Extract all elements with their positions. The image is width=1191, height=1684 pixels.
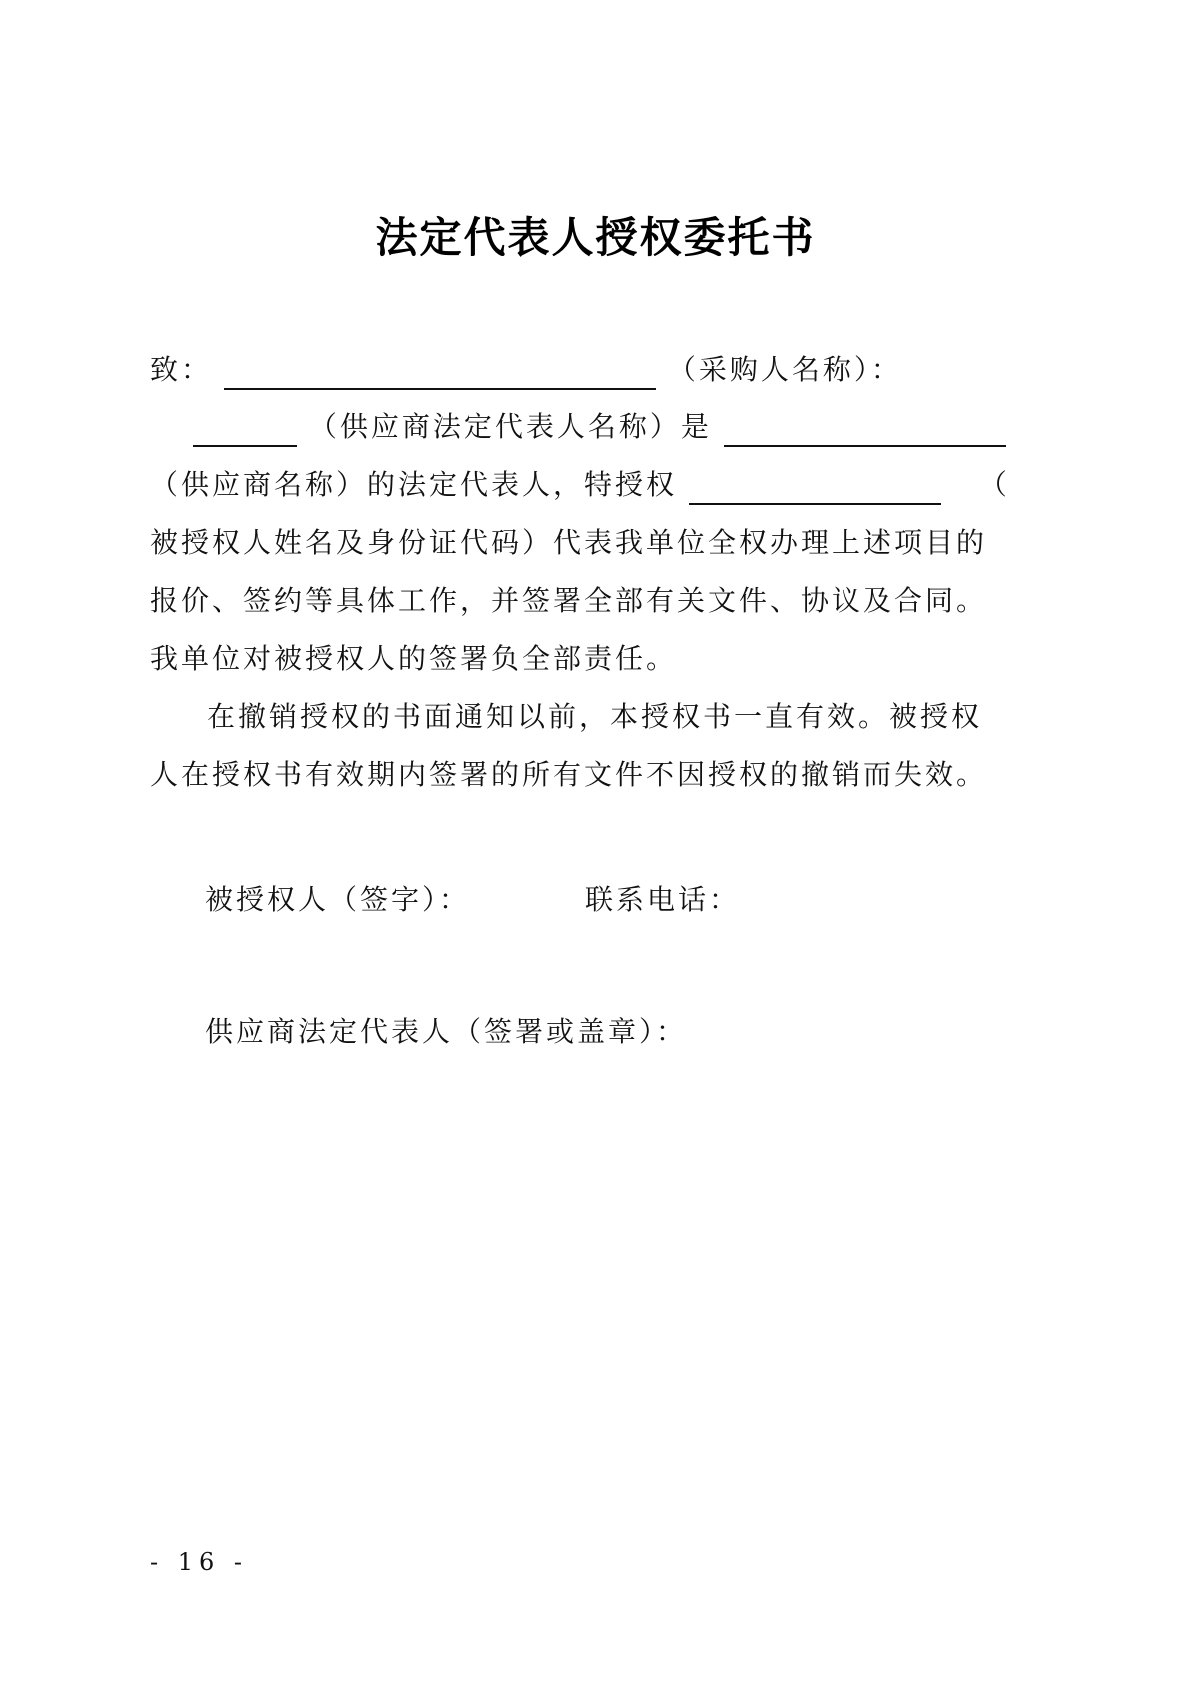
paragraph1-line1: （供应商法定代表人名称）是 xyxy=(193,407,1006,447)
purchaser-name-blank[interactable] xyxy=(224,358,656,390)
paragraph1-line4: 报价、签约等具体工作，并签署全部有关文件、协议及合同。 xyxy=(150,581,987,621)
open-paren: （ xyxy=(979,468,1010,501)
paragraph2-line1: 在撤销授权的书面通知以前，本授权书一直有效。被授权 xyxy=(207,697,982,737)
paragraph1-line3: 被授权人姓名及身份证代码）代表我单位全权办理上述项目的 xyxy=(150,523,987,563)
purchaser-label: （采购人名称）： xyxy=(668,353,902,386)
document-title: 法定代表人授权委托书 xyxy=(0,205,1191,265)
agent-signature-label: 被授权人（签字）： xyxy=(205,880,470,920)
legal-rep-signature-label: 供应商法定代表人（签署或盖章）： xyxy=(205,1012,687,1052)
addressee-line: 致： （采购人名称）： xyxy=(150,350,902,390)
supplier-label: （供应商名称）的法定代表人，特授权 xyxy=(150,468,677,501)
paragraph1-line5: 我单位对被授权人的签署负全部责任。 xyxy=(150,639,677,679)
to-prefix: 致： xyxy=(150,353,212,386)
page-number: - 16 - xyxy=(150,1548,248,1576)
paragraph1-line2: （供应商名称）的法定代表人，特授权 （ xyxy=(150,465,1010,505)
legal-rep-name-blank[interactable] xyxy=(193,415,297,447)
supplier-name-blank[interactable] xyxy=(724,415,1006,447)
agent-name-blank[interactable] xyxy=(689,473,941,505)
phone-label: 联系电话： xyxy=(585,880,740,920)
paragraph2-line2: 人在授权书有效期内签署的所有文件不因授权的撤销而失效。 xyxy=(150,755,987,795)
legal-rep-label: （供应商法定代表人名称）是 xyxy=(309,410,712,443)
